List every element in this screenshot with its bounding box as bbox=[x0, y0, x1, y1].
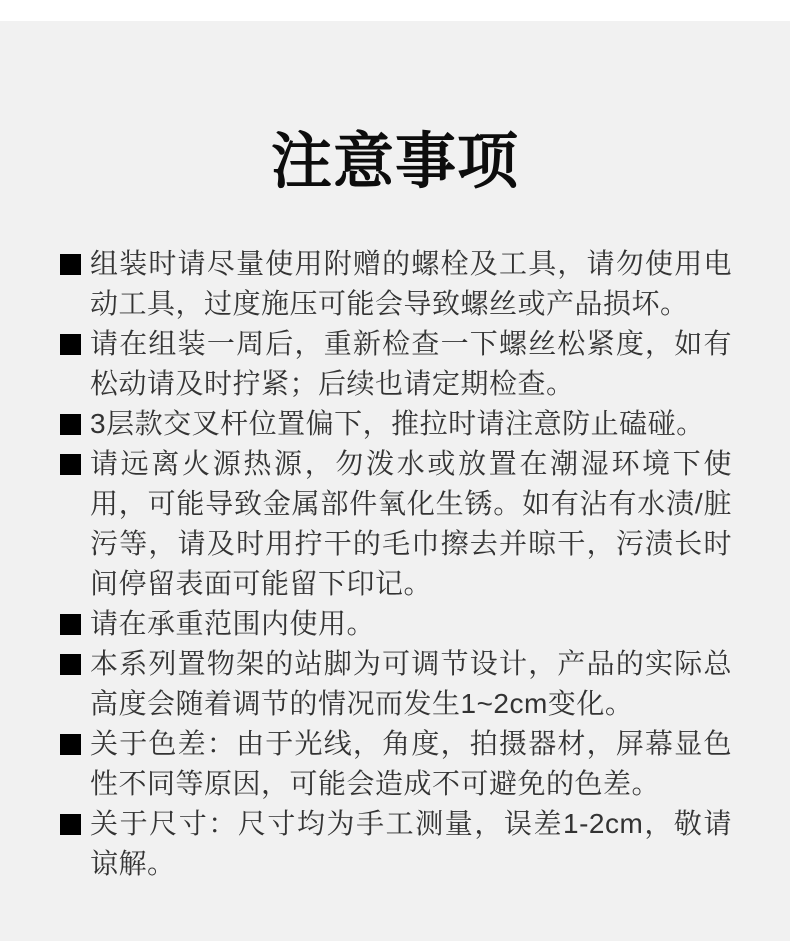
notice-item: 关于尺寸：尺寸均为手工测量，误差1-2cm，敬请谅解。 bbox=[60, 804, 732, 884]
notice-text: 组装时请尽量使用附赠的螺栓及工具，请勿使用电动工具，过度施压可能会导致螺丝或产品… bbox=[90, 244, 732, 324]
bullet-square-icon bbox=[60, 454, 81, 475]
notice-text: 请在组装一周后，重新检查一下螺丝松紧度，如有松动请及时拧紧；后续也请定期检查。 bbox=[90, 324, 732, 404]
notice-text: 关于尺寸：尺寸均为手工测量，误差1-2cm，敬请谅解。 bbox=[90, 804, 732, 884]
notice-text: 请远离火源热源，勿泼水或放置在潮湿环境下使用，可能导致金属部件氧化生锈。如有沾有… bbox=[90, 444, 732, 604]
notice-item: 请远离火源热源，勿泼水或放置在潮湿环境下使用，可能导致金属部件氧化生锈。如有沾有… bbox=[60, 444, 732, 604]
notice-text: 请在承重范围内使用。 bbox=[90, 604, 375, 644]
bullet-square-icon bbox=[60, 654, 81, 675]
notice-item: 关于色差：由于光线，角度，拍摄器材，屏幕显色性不同等原因，可能会造成不可避免的色… bbox=[60, 724, 732, 804]
bullet-square-icon bbox=[60, 254, 81, 275]
notice-page: 注意事项 组装时请尽量使用附赠的螺栓及工具，请勿使用电动工具，过度施压可能会导致… bbox=[0, 0, 790, 941]
notice-text: 关于色差：由于光线，角度，拍摄器材，屏幕显色性不同等原因，可能会造成不可避免的色… bbox=[90, 724, 732, 804]
notice-item: 组装时请尽量使用附赠的螺栓及工具，请勿使用电动工具，过度施压可能会导致螺丝或产品… bbox=[60, 244, 732, 324]
notice-item: 请在承重范围内使用。 bbox=[60, 604, 732, 644]
notice-item: 本系列置物架的站脚为可调节设计，产品的实际总高度会随着调节的情况而发生1~2cm… bbox=[60, 644, 732, 724]
bullet-square-icon bbox=[60, 734, 81, 755]
bullet-square-icon bbox=[60, 334, 81, 355]
notice-text: 3层款交叉杆位置偏下，推拉时请注意防止磕碰。 bbox=[90, 404, 705, 444]
notice-list: 组装时请尽量使用附赠的螺栓及工具，请勿使用电动工具，过度施压可能会导致螺丝或产品… bbox=[0, 244, 790, 884]
notice-text: 本系列置物架的站脚为可调节设计，产品的实际总高度会随着调节的情况而发生1~2cm… bbox=[90, 644, 732, 724]
top-white-strip bbox=[0, 0, 790, 21]
bullet-square-icon bbox=[60, 414, 81, 435]
page-title: 注意事项 bbox=[0, 21, 790, 192]
notice-item: 请在组装一周后，重新检查一下螺丝松紧度，如有松动请及时拧紧；后续也请定期检查。 bbox=[60, 324, 732, 404]
bullet-square-icon bbox=[60, 614, 81, 635]
bullet-square-icon bbox=[60, 814, 81, 835]
notice-item: 3层款交叉杆位置偏下，推拉时请注意防止磕碰。 bbox=[60, 404, 732, 444]
